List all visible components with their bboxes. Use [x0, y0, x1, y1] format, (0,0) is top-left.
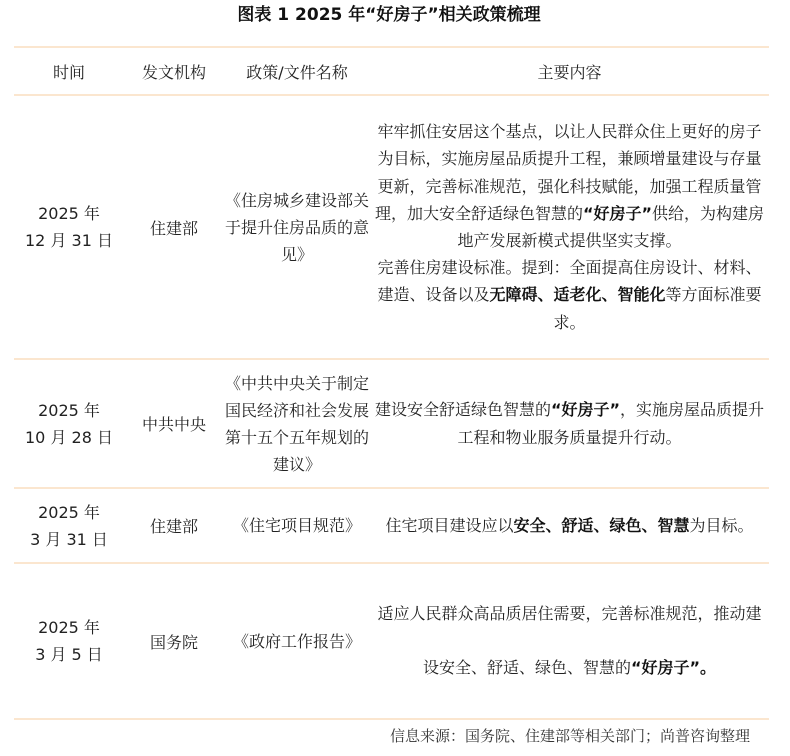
content-text: 为目标。: [690, 516, 754, 535]
table-row: 2025 年 10 月 28 日 中共中央 《中共中央关于制定国民经济和社会发展…: [14, 359, 769, 488]
org-cell: 住建部: [124, 95, 224, 359]
table-row: 2025 年 12 月 31 日 住建部 《住房城乡建设部关于提升住房品质的意见…: [14, 95, 769, 359]
header-org: 发文机构: [124, 47, 224, 95]
content-cell: 牢牢抓住安居这个基点，以让人民群众住上更好的房子为目标，实施房屋品质提升工程，兼…: [370, 95, 769, 359]
content-bold: “好房子”: [631, 658, 700, 677]
doc-cell: 《政府工作报告》: [224, 563, 370, 719]
date-year: 2025 年: [14, 614, 124, 641]
doc-cell: 《住宅项目规范》: [224, 488, 370, 563]
header-doc: 政策/文件名称: [224, 47, 370, 95]
header-time: 时间: [14, 47, 124, 95]
content-bold: 安全、舒适、绿色、智慧: [513, 516, 689, 535]
date-day: 12 月 31 日: [14, 227, 124, 254]
date-year: 2025 年: [14, 200, 124, 227]
table-title: 图表 1 2025 年“好房子”相关政策梳理: [0, 3, 778, 27]
date-cell: 2025 年 10 月 28 日: [14, 359, 124, 488]
content-bold: “好房子”: [583, 204, 652, 223]
date-year: 2025 年: [14, 499, 124, 526]
date-cell: 2025 年 12 月 31 日: [14, 95, 124, 359]
doc-cell: 《中共中央关于制定国民经济和社会发展第十五个五年规划的建议》: [224, 359, 370, 488]
header-content: 主要内容: [370, 47, 769, 95]
date-day: 10 月 28 日: [14, 424, 124, 451]
content-text: 。: [700, 658, 716, 677]
org-cell: 中共中央: [124, 359, 224, 488]
content-cell: 住宅项目建设应以安全、舒适、绿色、智慧为目标。: [370, 488, 769, 563]
org-cell: 国务院: [124, 563, 224, 719]
date-day: 3 月 5 日: [14, 641, 124, 668]
content-bold: 无障碍、适老化、智能化: [489, 285, 665, 304]
date-day: 3 月 31 日: [14, 526, 124, 553]
org-cell: 住建部: [124, 488, 224, 563]
table-row: 2025 年 3 月 31 日 住建部 《住宅项目规范》 住宅项目建设应以安全、…: [14, 488, 769, 563]
content-text: 建设安全舒适绿色智慧的: [375, 400, 551, 419]
date-cell: 2025 年 3 月 5 日: [14, 563, 124, 719]
source-note: 信息来源：国务院、住建部等相关部门；尚普咨询整理: [390, 725, 750, 747]
policy-table: 时间 发文机构 政策/文件名称 主要内容 2025 年 12 月 31 日 住建…: [14, 46, 769, 720]
content-bold: “好房子”: [551, 400, 620, 419]
table-row: 2025 年 3 月 5 日 国务院 《政府工作报告》 适应人民群众高品质居住需…: [14, 563, 769, 719]
doc-cell: 《住房城乡建设部关于提升住房品质的意见》: [224, 95, 370, 359]
date-year: 2025 年: [14, 397, 124, 424]
content-cell: 适应人民群众高品质居住需要，完善标准规范，推动建设安全、舒适、绿色、智慧的“好房…: [370, 563, 769, 719]
content-cell: 建设安全舒适绿色智慧的“好房子”，实施房屋品质提升工程和物业服务质量提升行动。: [370, 359, 769, 488]
date-cell: 2025 年 3 月 31 日: [14, 488, 124, 563]
content-text: 住宅项目建设应以: [385, 516, 513, 535]
table-header-row: 时间 发文机构 政策/文件名称 主要内容: [14, 47, 769, 95]
